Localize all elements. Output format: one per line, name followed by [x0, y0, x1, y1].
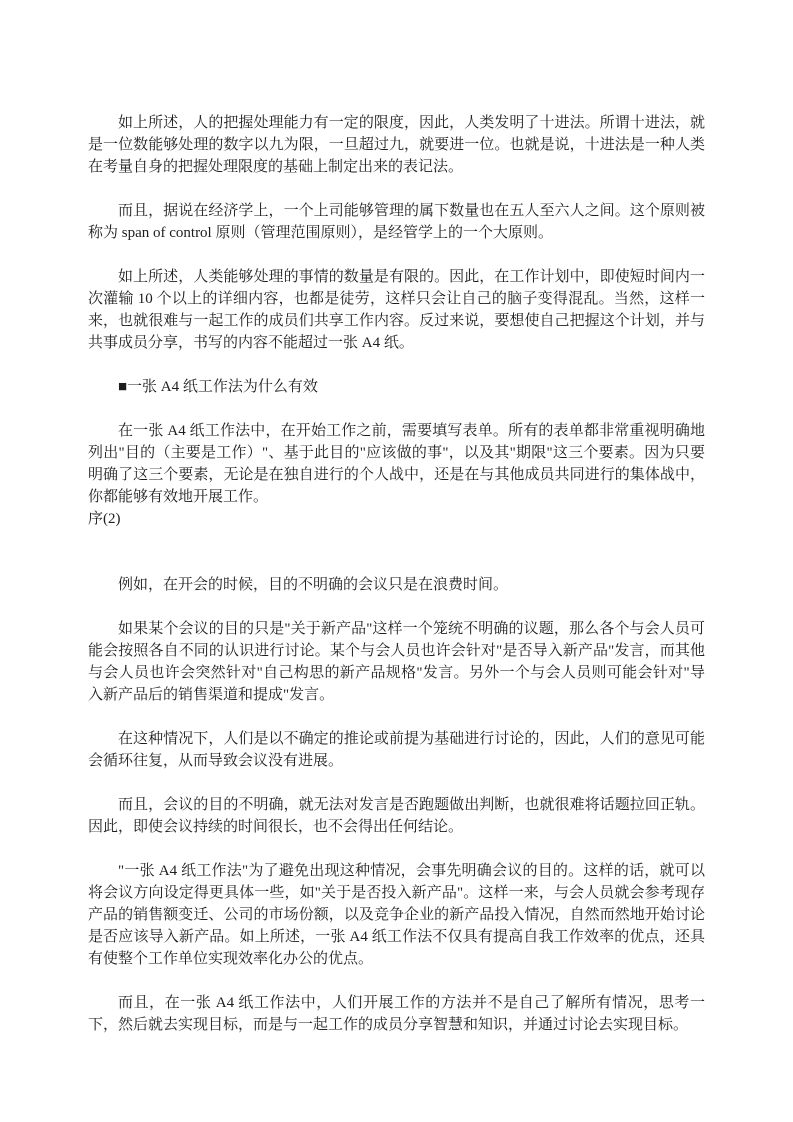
document-page: 如上所述，人的把握处理能力有一定的限度，因此，人类发明了十进法。所谓十进法，就是…: [0, 0, 793, 1122]
paragraph-clarify-purpose: "一张 A4 纸工作法"为了避免出现这种情况，会事先明确会议的目的。这样的话，就…: [88, 860, 705, 970]
section-heading-why-a4-works: ■一张 A4 纸工作法为什么有效: [88, 376, 705, 398]
paragraph-no-conclusion: 而且，会议的目的不明确，就无法对发言是否跑题做出判断，也就很难将话题拉回正轨。因…: [88, 794, 705, 838]
paragraph-three-elements: 在一张 A4 纸工作法中，在开始工作之前，需要填写表单。所有的表单都非常重视明确…: [88, 420, 705, 508]
paragraph-span-of-control: 而且，据说在经济学上，一个上司能够管理的属下数量也在五人至六人之间。这个原则被称…: [88, 200, 705, 244]
paragraph-vague-agenda: 如果某个会议的目的只是"关于新产品"这样一个笼统不明确的议题，那么各个与会人员可…: [88, 618, 705, 706]
paragraph-meeting-waste-time: 例如，在开会的时候，目的不明确的会议只是在浪费时间。: [88, 574, 705, 596]
sequence-label-preface-2: 序(2): [88, 508, 705, 530]
paragraph-share-wisdom: 而且，在一张 A4 纸工作法中，人们开展工作的方法并不是自己了解所有情况，思考一…: [88, 992, 705, 1036]
paragraph-decimal-system: 如上所述，人的把握处理能力有一定的限度，因此，人类发明了十进法。所谓十进法，就是…: [88, 112, 705, 178]
paragraph-uncertain-premise: 在这种情况下，人们是以不确定的推论或前提为基础进行讨论的，因此，人们的意见可能会…: [88, 728, 705, 772]
paragraph-limited-capacity: 如上所述，人类能够处理的事情的数量是有限的。因此，在工作计划中，即使短时间内一次…: [88, 266, 705, 354]
